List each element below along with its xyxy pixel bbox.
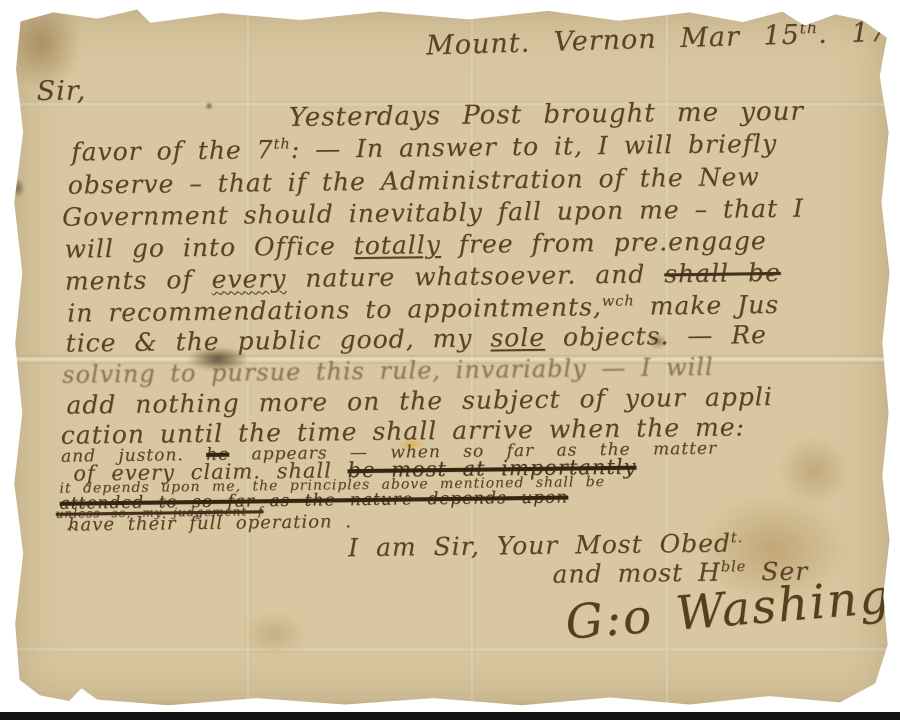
letter-line-l1: Yesterdays Post brought me your (289, 97, 804, 133)
letter-text-layer: Mount. Vernon Mar 15th. 1789Sir,Yesterda… (6, 0, 899, 712)
letter-paper: Mount. Vernon Mar 15th. 1789Sir,Yesterda… (9, 6, 893, 708)
letter-line-l2: favor of the 7th: — In answer to it, I w… (71, 129, 777, 167)
letter-line-l3: observe – that if the Administration of … (68, 162, 760, 199)
letter-line-l17: have their full operation . (68, 511, 352, 535)
letter-line-l5: will go into Office totally free from pr… (64, 226, 767, 264)
insertion-caret: ^ (65, 523, 78, 541)
letter-line-salutation: Sir, (36, 75, 86, 107)
letter-line-date: Mount. Vernon Mar 15th. 1789 (426, 15, 900, 62)
document-scan: Mount. Vernon Mar 15th. 1789Sir,Yesterda… (0, 0, 900, 720)
bottom-edge-bar (0, 712, 900, 720)
letter-line-l6: ments of every nature whatsoever. and sh… (65, 258, 781, 296)
